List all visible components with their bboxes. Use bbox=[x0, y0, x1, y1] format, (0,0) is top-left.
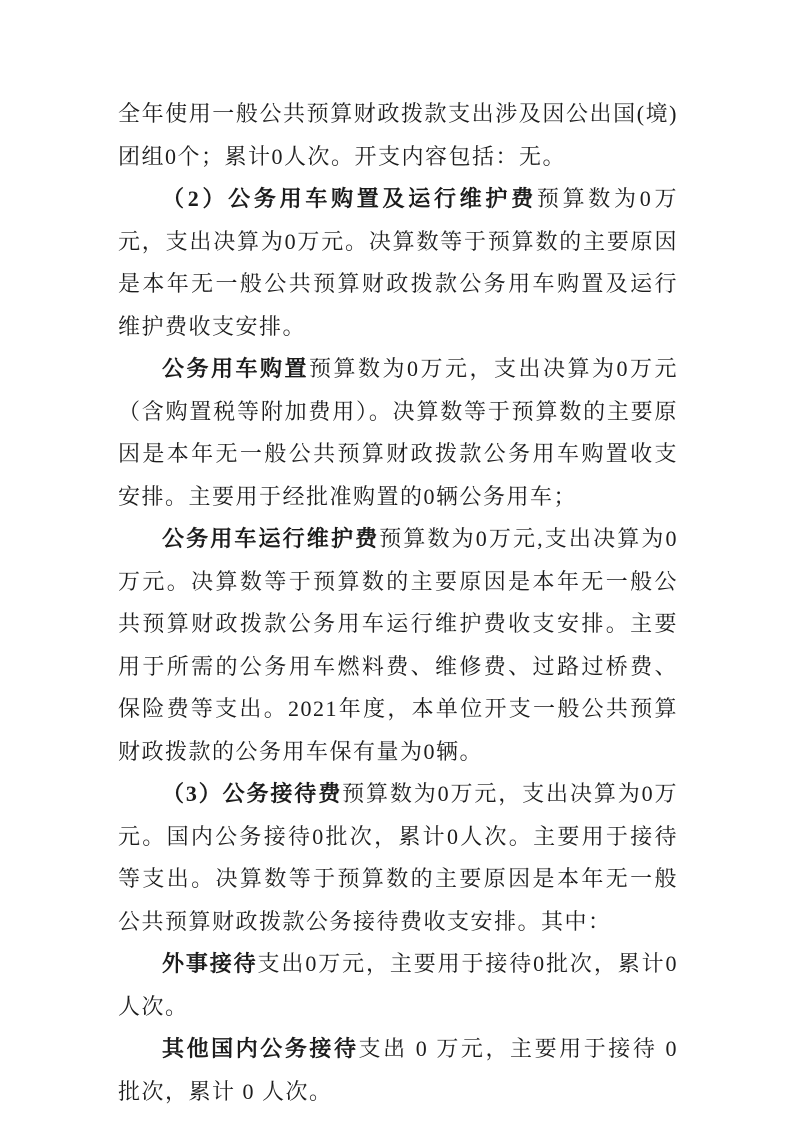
paragraph: 全年使用一般公共预算财政拨款支出涉及因公出国(境)团组0个；累计0人次。开支内容… bbox=[118, 93, 678, 178]
paragraph: 外事接待支出0万元，主要用于接待0批次，累计0人次。 bbox=[118, 943, 678, 1028]
page-background: 全年使用一般公共预算财政拨款支出涉及因公出国(境)团组0个；累计0人次。开支内容… bbox=[0, 0, 794, 1123]
paragraph: （3）公务接待费预算数为0万元，支出决算为0万元。国内公务接待0批次，累计0人次… bbox=[118, 773, 678, 943]
paragraph-heading: 公务用车运行维护费 bbox=[162, 526, 379, 551]
paragraph-text: 预算数为0万元,支出决算为0万元。决算数等于预算数的主要原因是本年无一般公共预算… bbox=[118, 526, 678, 764]
paragraph-heading: 外事接待 bbox=[162, 951, 258, 976]
paragraph: 公务用车购置预算数为0万元，支出决算为0万元（含购置税等附加费用）。决算数等于预… bbox=[118, 348, 678, 518]
document-page: { "page": { "number": "7" }, "paragraphs… bbox=[0, 0, 794, 1123]
paragraph-heading: （2）公务用车购置及运行维护费 bbox=[162, 186, 537, 211]
paragraph-text: 全年使用一般公共预算财政拨款支出涉及因公出国(境)团组0个；累计0人次。开支内容… bbox=[118, 101, 678, 169]
paragraph: 公务用车运行维护费预算数为0万元,支出决算为0万元。决算数等于预算数的主要原因是… bbox=[118, 518, 678, 773]
page-number: 7 bbox=[0, 1036, 794, 1056]
paragraph-heading: 公务用车购置 bbox=[162, 356, 309, 381]
document-body: 全年使用一般公共预算财政拨款支出涉及因公出国(境)团组0个；累计0人次。开支内容… bbox=[118, 93, 678, 1113]
paragraph-heading: （3）公务接待费 bbox=[162, 781, 342, 806]
paragraph: （2）公务用车购置及运行维护费预算数为0万元，支出决算为0万元。决算数等于预算数… bbox=[118, 178, 678, 348]
